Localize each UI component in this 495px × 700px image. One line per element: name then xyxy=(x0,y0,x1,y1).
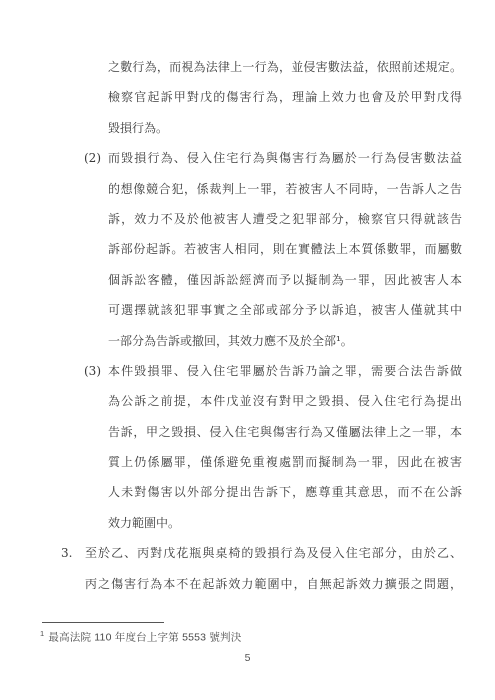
line-text: 可選擇就該犯罪事實之全部或部分予以訴追，被害人僅就其中 xyxy=(108,303,462,317)
line-text: 訴，效力不及於他被害人遭受之犯罪部分，檢察官只得就該告 xyxy=(108,212,462,226)
text-line: 3.至於乙、丙對戊花瓶與桌椅的毀損行為及侵入住宅部分，由於乙、 xyxy=(85,538,462,568)
text-line: 丙之傷害行為本不在起訴效力範圍中，自無起訴效力擴張之問題， xyxy=(85,569,462,599)
line-text: 的想像競合犯，係裁判上一罪，若被害人不同時，一告訴人之告 xyxy=(108,182,462,196)
text-line: 效力範圍中。 xyxy=(108,508,462,538)
page-number: 5 xyxy=(0,652,495,664)
list-label: (3) xyxy=(84,356,101,386)
footnote-divider xyxy=(42,622,164,623)
line-text: 而毀損行為、侵入住宅行為與傷害行為屬於一行為侵害數法益 xyxy=(108,151,462,165)
text-line: 個訴訟客體，僅因訴訟經濟而予以擬制為一罪，因此被害人本 xyxy=(108,265,462,295)
line-text: 一部分為告訴或撤回，其效力應不及於全部¹。 xyxy=(108,334,353,348)
line-text: 檢察官起訴甲對戊的傷害行為，理論上效力也會及於甲對戊得 xyxy=(108,90,462,104)
text-line: 毀損行為。 xyxy=(108,113,462,143)
text-line: 可選擇就該犯罪事實之全部或部分予以訴追，被害人僅就其中 xyxy=(108,295,462,325)
line-text: 訴部份起訴。若被害人相同，則在實體法上本質係數罪，而屬數 xyxy=(108,242,462,256)
text-line: 告訴，甲之毀損、侵入住宅與傷害行為又僅屬法律上之一罪，本 xyxy=(108,417,462,447)
line-text: 毀損行為。 xyxy=(108,121,168,135)
line-text: 丙之傷害行為本不在起訴效力範圍中，自無起訴效力擴張之問題， xyxy=(85,577,462,591)
list-label: 3. xyxy=(61,538,72,568)
line-text: 效力範圍中。 xyxy=(108,516,180,530)
line-text: 本件毀損罪、侵入住宅罪屬於告訴乃論之罪，需要合法告訴做 xyxy=(108,364,462,378)
line-text: 質上仍係屬罪，僅係避免重複處罰而擬制為一罪，因此在被害 xyxy=(108,455,462,469)
list-label: (2) xyxy=(84,143,101,173)
line-text: 告訴，甲之毀損、侵入住宅與傷害行為又僅屬法律上之一罪，本 xyxy=(108,425,462,439)
footnote: 1最高法院 110 年度台上字第 5553 號判決 xyxy=(40,629,241,645)
line-text: 之數行為，而視為法律上一行為，並侵害數法益，依照前述規定。 xyxy=(108,60,462,74)
text-line: 質上仍係屬罪，僅係避免重複處罰而擬制為一罪，因此在被害 xyxy=(108,447,462,477)
footnote-marker: 1 xyxy=(40,629,44,638)
document-page: 之數行為，而視為法律上一行為，並侵害數法益，依照前述規定。檢察官起訴甲對戊的傷害… xyxy=(0,0,495,700)
footnote-text: 最高法院 110 年度台上字第 5553 號判決 xyxy=(48,632,241,644)
line-text: 人未對傷害以外部分提出告訴下，應尊重其意思，而不在公訴 xyxy=(108,485,462,499)
text-line: (3)本件毀損罪、侵入住宅罪屬於告訴乃論之罪，需要合法告訴做 xyxy=(108,356,462,386)
text-line: 為公訴之前提，本件戊並沒有對甲之毀損、侵入住宅行為提出 xyxy=(108,386,462,416)
line-text: 至於乙、丙對戊花瓶與桌椅的毀損行為及侵入住宅部分，由於乙、 xyxy=(85,546,462,560)
text-line: 人未對傷害以外部分提出告訴下，應尊重其意思，而不在公訴 xyxy=(108,477,462,507)
line-text: 為公訴之前提，本件戊並沒有對甲之毀損、侵入住宅行為提出 xyxy=(108,394,462,408)
text-line: 檢察官起訴甲對戊的傷害行為，理論上效力也會及於甲對戊得 xyxy=(108,82,462,112)
line-text: 個訴訟客體，僅因訴訟經濟而予以擬制為一罪，因此被害人本 xyxy=(108,273,462,287)
text-line: 訴，效力不及於他被害人遭受之犯罪部分，檢察官只得就該告 xyxy=(108,204,462,234)
document-body: 之數行為，而視為法律上一行為，並侵害數法益，依照前述規定。檢察官起訴甲對戊的傷害… xyxy=(0,52,495,599)
text-line: 訴部份起訴。若被害人相同，則在實體法上本質係數罪，而屬數 xyxy=(108,234,462,264)
text-line: (2)而毀損行為、侵入住宅行為與傷害行為屬於一行為侵害數法益 xyxy=(108,143,462,173)
text-line: 一部分為告訴或撤回，其效力應不及於全部¹。 xyxy=(108,326,462,356)
text-line: 之數行為，而視為法律上一行為，並侵害數法益，依照前述規定。 xyxy=(108,52,462,82)
text-line: 的想像競合犯，係裁判上一罪，若被害人不同時，一告訴人之告 xyxy=(108,174,462,204)
